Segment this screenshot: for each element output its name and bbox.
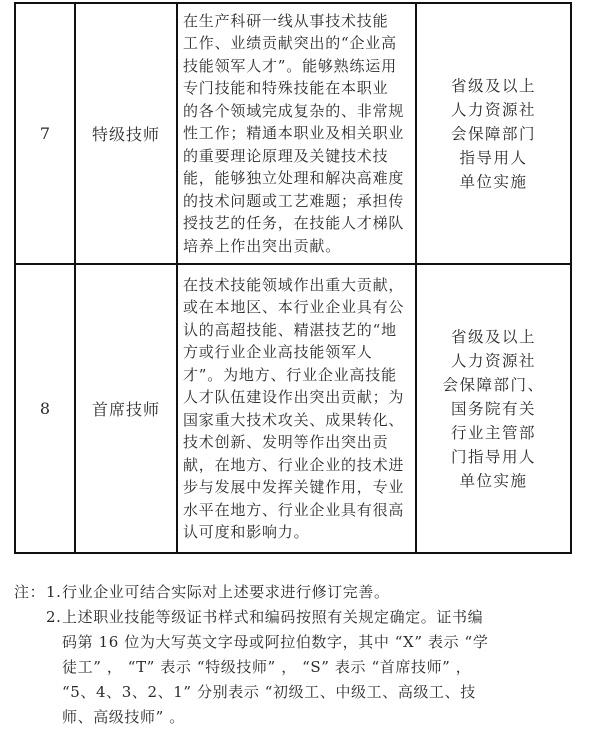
text-line: 省级及以上 <box>417 325 570 349</box>
text-line: 步与发展中发挥关键作用，专业 <box>183 476 411 499</box>
text-line: 在技术技能领域作出重大贡献， <box>183 274 411 297</box>
text-line: 省级及以上 <box>417 74 570 98</box>
text-line: 人才队伍建设作出突出贡献；为 <box>183 386 411 409</box>
text-line: 性工作；精通本职业及相关职业 <box>183 122 411 145</box>
note-number: 1. <box>46 580 62 605</box>
row-number: 7 <box>15 3 75 264</box>
skill-level-table: 7 特级技师 在生产科研一线从事技术技能 工作、业绩贡献突出的“企业高 技能领军… <box>14 2 572 554</box>
text-line: 授技艺的任务，在技能人才梯队 <box>183 212 411 235</box>
text-line: 上述职业技能等级证书样式和编码按照有关规定确定。证书编 <box>62 605 574 630</box>
notes-label: 注： <box>14 580 46 605</box>
text-line: 认的高超技能、精湛技艺的“地 <box>183 319 411 342</box>
table-row-7: 7 特级技师 在生产科研一线从事技术技能 工作、业绩贡献突出的“企业高 技能领军… <box>15 3 571 264</box>
text-line: 技能领军人才”。能够熟练运用 <box>183 55 411 78</box>
text-line: 认可度和影响力。 <box>183 521 411 544</box>
text-line: 师、高级技师” 。 <box>62 705 574 730</box>
text-line: 培养上作出突出贡献。 <box>183 235 411 258</box>
text-line: 单位实施 <box>417 170 570 194</box>
text-line: 工作、业绩贡献突出的“企业高 <box>183 32 411 55</box>
text-line: 徒工” ， “T” 表示 “特级技师” ， “S” 表示 “首席技师” ， <box>62 655 574 680</box>
row-number: 8 <box>15 264 75 553</box>
text-line: 技术创新、发明等作出突出贡 <box>183 431 411 454</box>
text-line: 单位实施 <box>417 469 570 493</box>
requirement-text: 在技术技能领域作出重大贡献， 或在本地区、本行业企业具有公 认的高超技能、精湛技… <box>177 264 416 553</box>
text-line: 的技术问题或工艺难题；承担传 <box>183 190 411 213</box>
text-line: 的重要理论原理及关键技术技 <box>183 145 411 168</box>
note-number: 2. <box>46 605 62 730</box>
text-line: 方或行业企业高技能领军人 <box>183 341 411 364</box>
text-line: 国务院有关 <box>417 397 570 421</box>
note-item-1: 注： 1. 行业企业可结合实际对上述要求进行修订完善。 <box>14 580 574 605</box>
note-text: 行业企业可结合实际对上述要求进行修订完善。 <box>62 580 574 605</box>
text-line: 指导用人 <box>417 146 570 170</box>
level-title: 首席技师 <box>75 264 177 553</box>
text-line: 专门技能和特殊技能在本职业 <box>183 77 411 100</box>
text-line: 或在本地区、本行业企业具有公 <box>183 296 411 319</box>
note-item-2: 2. 上述职业技能等级证书样式和编码按照有关规定确定。证书编 码第 16 位为大… <box>14 605 574 730</box>
text-line: 才”。为地方、行业企业高技能 <box>183 364 411 387</box>
text-line: 会保障部门 <box>417 122 570 146</box>
text-line: 献，在地方、行业企业的技术进 <box>183 454 411 477</box>
text-line: 会保障部门、 <box>417 373 570 397</box>
text-line: 的各个领域完成复杂的、非常规 <box>183 100 411 123</box>
requirement-text: 在生产科研一线从事技术技能 工作、业绩贡献突出的“企业高 技能领军人才”。能够熟… <box>177 3 416 264</box>
text-line: 门指导用人 <box>417 445 570 469</box>
text-line: 人力资源社 <box>417 349 570 373</box>
text-line: 码第 16 位为大写英文字母或阿拉伯数字，其中 “X” 表示 “学 <box>62 630 574 655</box>
notes-section: 注： 1. 行业企业可结合实际对上述要求进行修订完善。 2. 上述职业技能等级证… <box>14 580 574 730</box>
organizer-text: 省级及以上 人力资源社 会保障部门 指导用人 单位实施 <box>416 3 571 264</box>
text-line: 国家重大技术攻关、成果转化、 <box>183 409 411 432</box>
level-title: 特级技师 <box>75 3 177 264</box>
table-row-8: 8 首席技师 在技术技能领域作出重大贡献， 或在本地区、本行业企业具有公 认的高… <box>15 264 571 553</box>
text-line: 水平在地方、行业企业具有很高 <box>183 499 411 522</box>
text-line: 能，能够独立处理和解决高难度 <box>183 167 411 190</box>
text-line: 在生产科研一线从事技术技能 <box>183 10 411 33</box>
note-text: 上述职业技能等级证书样式和编码按照有关规定确定。证书编 码第 16 位为大写英文… <box>62 605 574 730</box>
text-line: 人力资源社 <box>417 98 570 122</box>
text-line: “5、4、3、2、1” 分别表示 “初级工、中级工、高级工、技 <box>62 680 574 705</box>
text-line: 行业主管部 <box>417 421 570 445</box>
organizer-text: 省级及以上 人力资源社 会保障部门、 国务院有关 行业主管部 门指导用人 单位实… <box>416 264 571 553</box>
